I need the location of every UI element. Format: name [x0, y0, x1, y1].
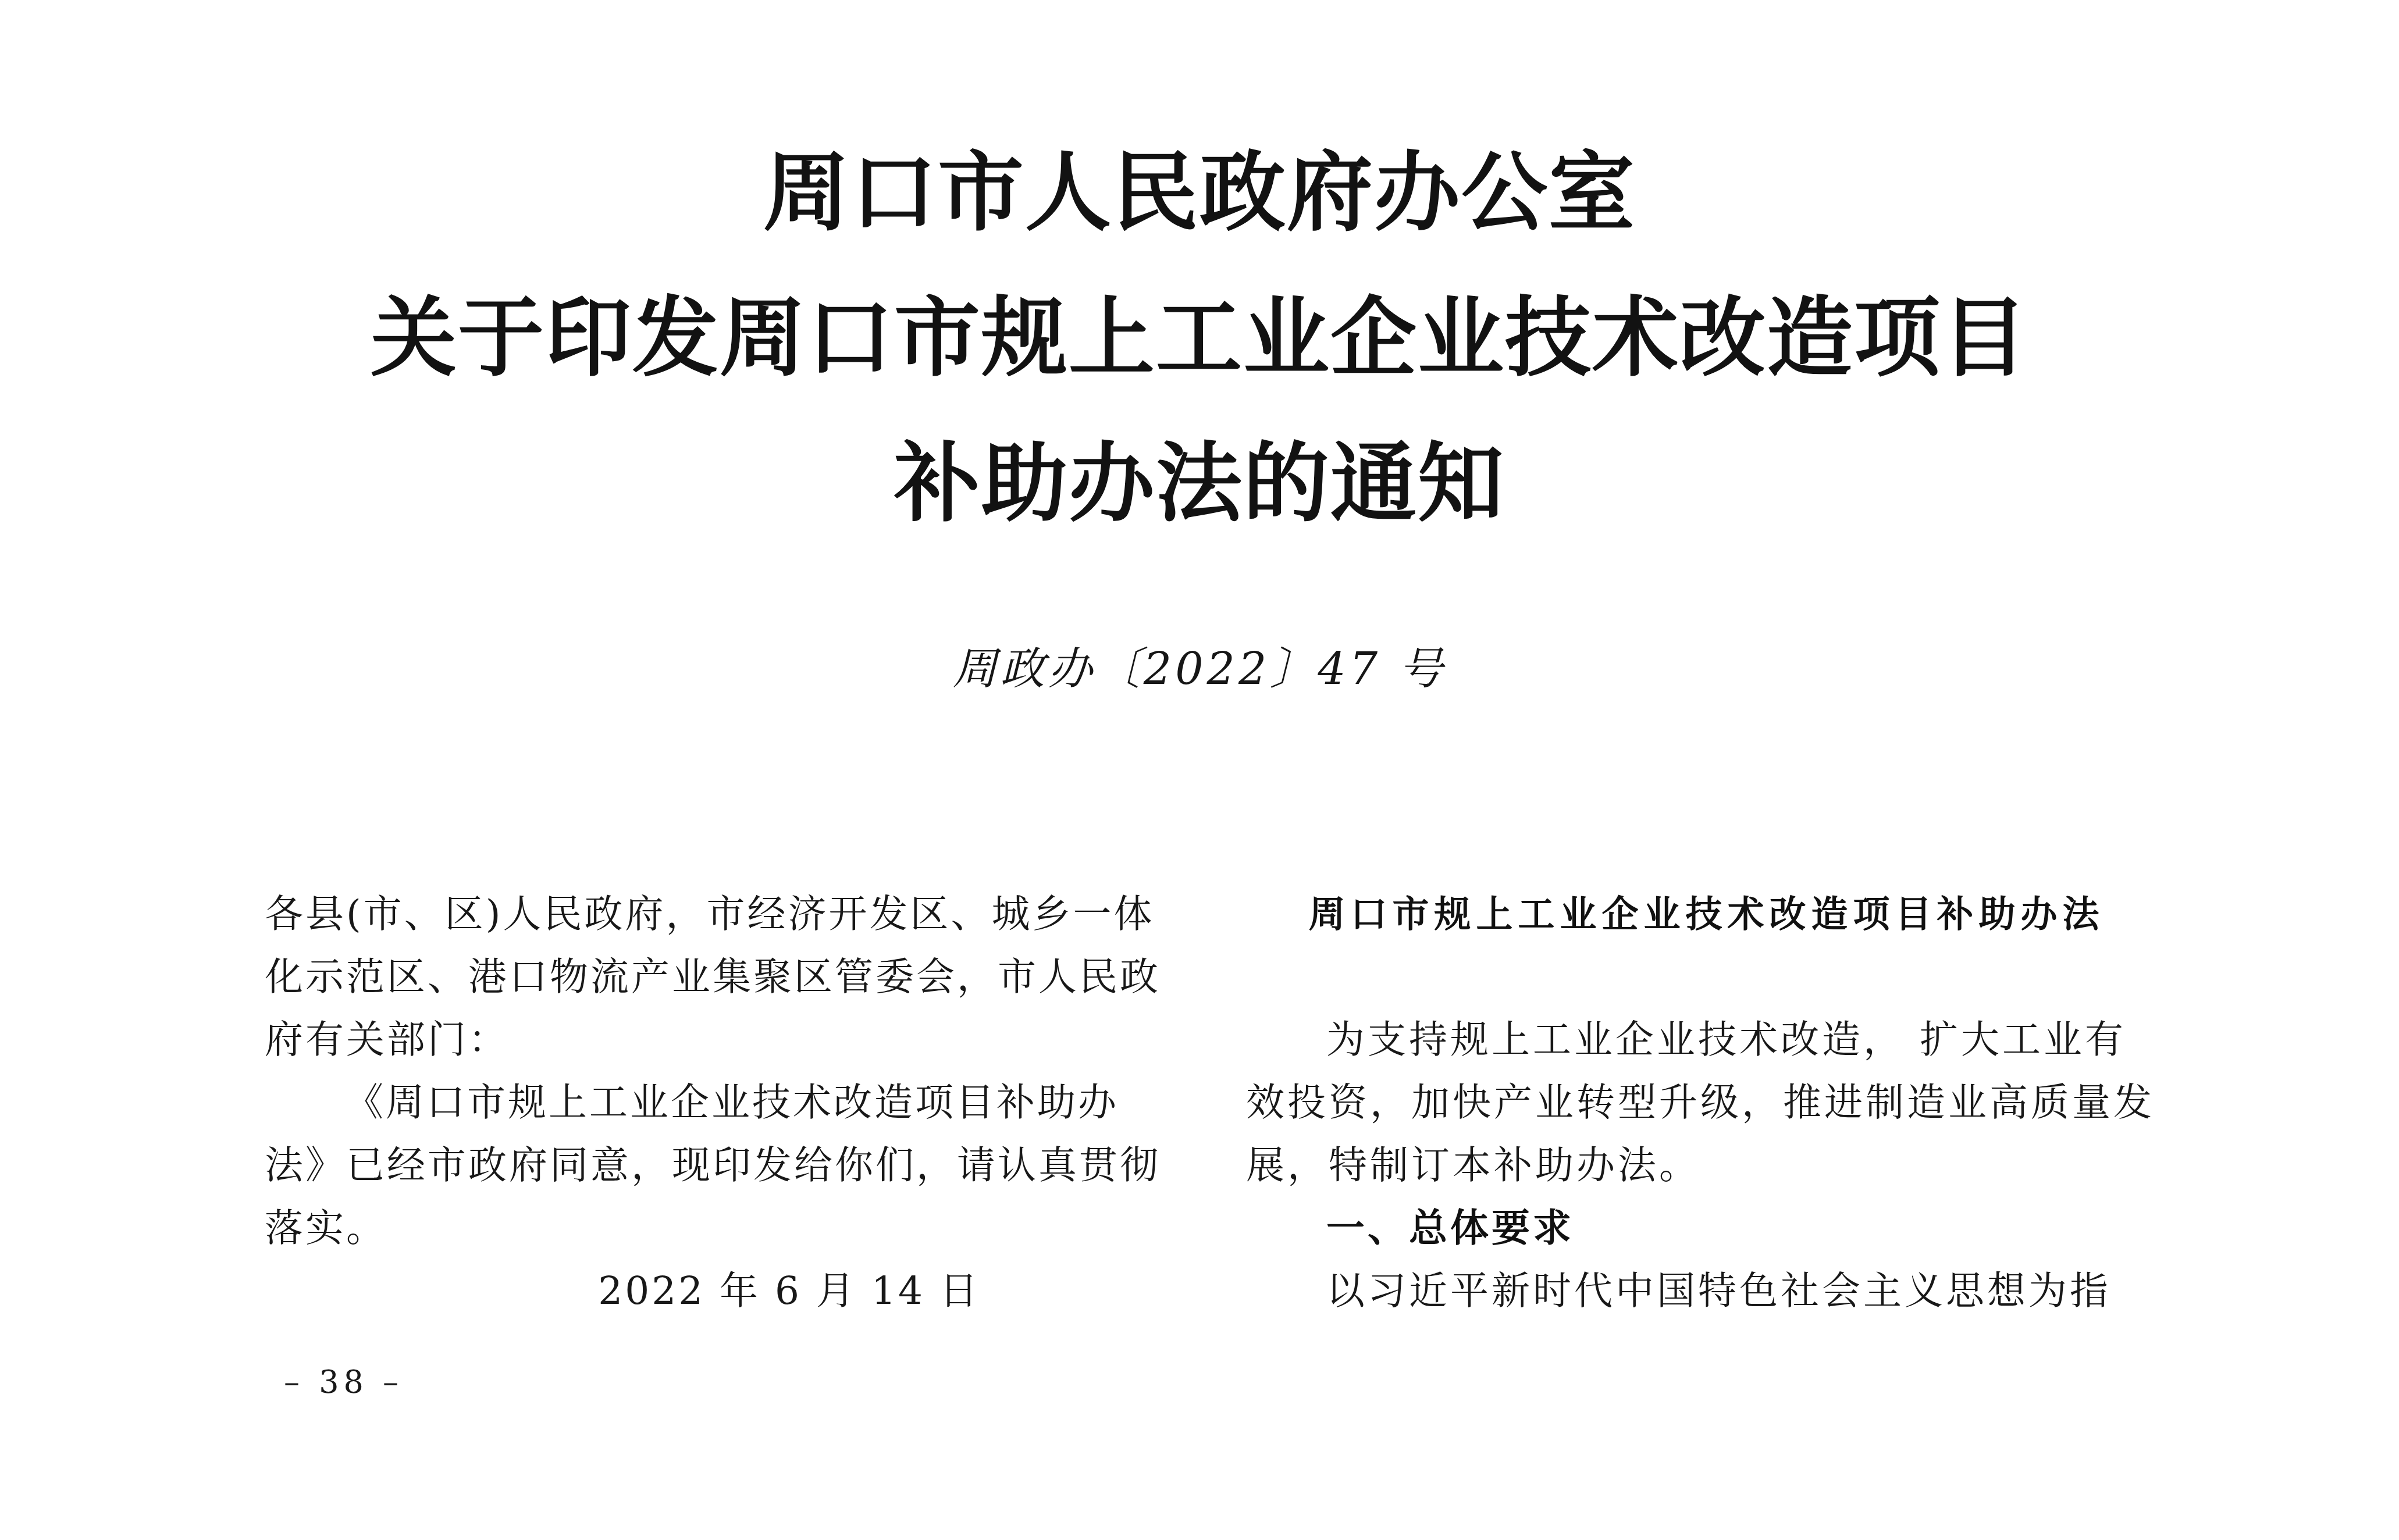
para1-line-2: 效投资，加快产业转型升级，推进制造业高质量发 — [1246, 1071, 2167, 1134]
notice-body-line-2: 法》已经市政府同意，现印发给你们，请认真贯彻 — [265, 1134, 1166, 1197]
addressee-line-3: 府有关部门： — [265, 1008, 1166, 1071]
title-line-2: 关于印发周口市规上工业企业技术改造项目 — [0, 265, 2399, 410]
para1-line-1: 为支持规上工业企业技术改造， 扩大工业有 — [1246, 1008, 2167, 1071]
left-column: 各县(市、区)人民政府，市经济开发区、城乡一体 化示范区、港口物流产业集聚区管委… — [265, 883, 1166, 1322]
notice-body-line-1: 《周口市规上工业企业技术改造项目补助办 — [265, 1071, 1166, 1134]
addressee-line-2: 化示范区、港口物流产业集聚区管委会，市人民政 — [265, 946, 1166, 1008]
title-line-1: 周口市人民政府办公室 — [0, 119, 2399, 265]
notice-body-line-3: 落实。 — [265, 1197, 1166, 1260]
document-page: 周口市人民政府办公室 关于印发周口市规上工业企业技术改造项目 补助办法的通知 周… — [0, 0, 2399, 1540]
title-line-3: 补助办法的通知 — [0, 410, 2399, 555]
right-column: 周口市规上工业企业技术改造项目补助办法 为支持规上工业企业技术改造， 扩大工业有… — [1246, 883, 2167, 1322]
blank-line — [1246, 946, 2167, 1008]
document-title: 周口市人民政府办公室 关于印发周口市规上工业企业技术改造项目 补助办法的通知 — [0, 119, 2399, 555]
para2-line-1: 以习近平新时代中国特色社会主义思想为指 — [1246, 1260, 2167, 1322]
para1-line-3: 展，特制订本补助办法。 — [1246, 1134, 2167, 1197]
section-heading: 一、总体要求 — [1246, 1197, 2167, 1260]
page-number: – 38 – — [284, 1362, 403, 1403]
document-number: 周政办〔2022〕47 号 — [0, 631, 2399, 707]
addressee-line-1: 各县(市、区)人民政府，市经济开发区、城乡一体 — [265, 883, 1166, 946]
issue-date: 2022 年 6 月 14 日 — [265, 1260, 1166, 1322]
attachment-title: 周口市规上工业企业技术改造项目补助办法 — [1246, 883, 2167, 946]
